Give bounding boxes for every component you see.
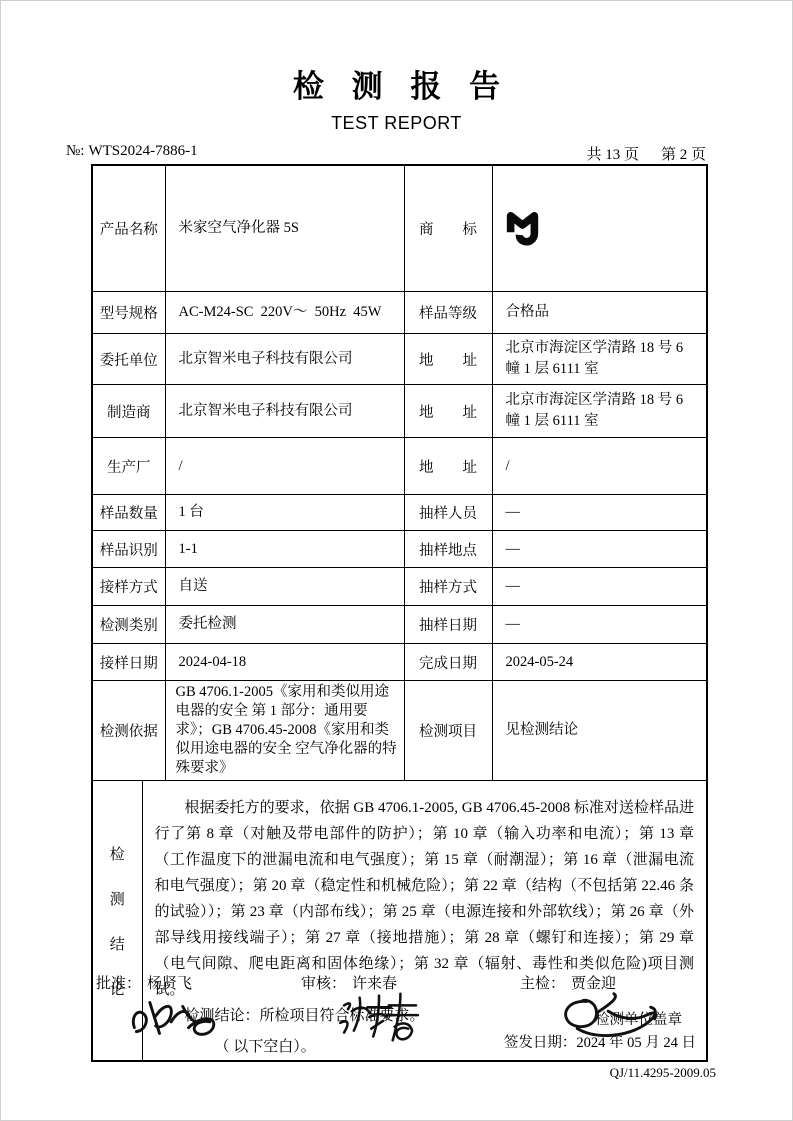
conclusion-label-char: 结 <box>110 933 125 954</box>
table-row: 委托单位 北京智米电子科技有限公司 地 址 北京市海淀区学清路 18 号 6 幢… <box>92 334 707 385</box>
field-value: 合格品 <box>492 292 707 334</box>
field-value: AC-M24-SC 220V～ 50Hz 45W <box>165 292 404 334</box>
table-row: 检测类别 委托检测 抽样日期 — <box>92 606 707 644</box>
field-label: 抽样方式 <box>404 568 492 606</box>
report-number: №:WTS2024-7886-1 <box>66 143 202 164</box>
field-label: 生产厂 <box>92 438 165 495</box>
field-label: 检测类别 <box>92 606 165 644</box>
table-row: 产品名称 米家空气净化器 5S 商 标 <box>92 165 707 292</box>
field-value: 2024-04-18 <box>165 644 404 681</box>
field-value: — <box>492 606 707 644</box>
conclusion-label-char: 测 <box>110 888 125 909</box>
report-page: 检 测 报 告 TEST REPORT №:WTS2024-7886-1 共 1… <box>0 0 793 1121</box>
field-value: 1 台 <box>165 495 404 531</box>
table-row: 样品数量 1 台 抽样人员 — <box>92 495 707 531</box>
table-row: 接样方式 自送 抽样方式 — <box>92 568 707 606</box>
signature-review-image <box>331 984 431 1052</box>
table-row: 生产厂 / 地 址 / <box>92 438 707 495</box>
field-label: 接样日期 <box>92 644 165 681</box>
field-value: / <box>165 438 404 495</box>
field-label: 产品名称 <box>92 165 165 292</box>
field-label: 抽样人员 <box>404 495 492 531</box>
field-label: 检测依据 <box>92 681 165 781</box>
report-number-value: WTS2024-7886-1 <box>88 143 197 159</box>
table-row: 检测依据 GB 4706.1-2005《家用和类似用途电器的安全 第 1 部分：… <box>92 681 707 781</box>
field-label: 制造商 <box>92 385 165 438</box>
field-value: 米家空气净化器 5S <box>165 165 404 292</box>
field-label: 型号规格 <box>92 292 165 334</box>
pages-total: 共 13 页 <box>586 147 639 163</box>
signature-approve-image <box>119 989 229 1047</box>
signature-chief-image <box>553 986 671 1044</box>
field-value: 北京智米电子科技有限公司 <box>165 334 404 385</box>
field-label: 抽样地点 <box>404 531 492 568</box>
field-value: 1-1 <box>165 531 404 568</box>
field-label: 地 址 <box>404 438 492 495</box>
field-value: 北京市海淀区学清路 18 号 6 幢 1 层 6111 室 <box>492 385 707 438</box>
page-current: 第 2 页 <box>661 147 706 163</box>
report-meta-line: №:WTS2024-7886-1 共 13 页第 2 页 <box>66 143 706 164</box>
field-label: 完成日期 <box>404 644 492 681</box>
field-label: 样品等级 <box>404 292 492 334</box>
field-value: 见检测结论 <box>492 681 707 781</box>
field-label: 样品识别 <box>92 531 165 568</box>
table-row: 型号规格 AC-M24-SC 220V～ 50Hz 45W 样品等级 合格品 <box>92 292 707 334</box>
field-value: — <box>492 568 707 606</box>
field-label: 抽样日期 <box>404 606 492 644</box>
page-title: 检 测 报 告 <box>1 61 792 106</box>
field-label: 样品数量 <box>92 495 165 531</box>
field-value: 2024-05-24 <box>492 644 707 681</box>
field-value: 委托检测 <box>165 606 404 644</box>
field-value: 自送 <box>165 568 404 606</box>
document-code: QJ/11.4295-2009.05 <box>610 1065 716 1081</box>
trademark-cell <box>492 165 707 292</box>
table-row: 样品识别 1-1 抽样地点 — <box>92 531 707 568</box>
conclusion-label-char: 检 <box>110 843 125 864</box>
field-label: 接样方式 <box>92 568 165 606</box>
page-subtitle: TEST REPORT <box>1 113 792 134</box>
field-label: 检测项目 <box>404 681 492 781</box>
field-label: 商 标 <box>404 165 492 292</box>
pagination: 共 13 页第 2 页 <box>564 143 706 164</box>
field-label: 地 址 <box>404 334 492 385</box>
field-value: — <box>492 531 707 568</box>
field-value: 北京智米电子科技有限公司 <box>165 385 404 438</box>
field-value: — <box>492 495 707 531</box>
table-row: 接样日期 2024-04-18 完成日期 2024-05-24 <box>92 644 707 681</box>
report-table: 产品名称 米家空气净化器 5S 商 标 型号规格 AC-M24-SC 220V～… <box>91 164 708 1062</box>
field-value: 北京市海淀区学清路 18 号 6 幢 1 层 6111 室 <box>492 334 707 385</box>
field-value: / <box>492 438 707 495</box>
report-number-label: №: <box>66 143 84 159</box>
field-label: 地 址 <box>404 385 492 438</box>
table-row: 制造商 北京智米电子科技有限公司 地 址 北京市海淀区学清路 18 号 6 幢 … <box>92 385 707 438</box>
field-label: 委托单位 <box>92 334 165 385</box>
field-value: GB 4706.1-2005《家用和类似用途电器的安全 第 1 部分：通用要求》… <box>165 681 404 781</box>
mijia-logo <box>506 211 539 247</box>
